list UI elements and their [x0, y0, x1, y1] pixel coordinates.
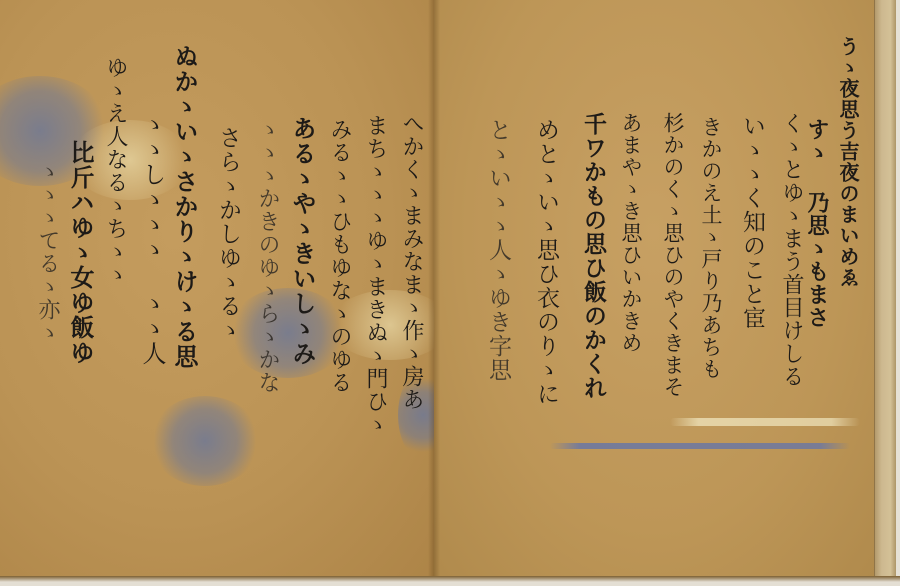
calligraphy-column: ゝゝしゝゝゝ ゝゝ人	[140, 112, 164, 366]
calligraphy-column: いゝゝく知のこと宦	[740, 114, 763, 330]
background-edge	[896, 0, 900, 586]
calligraphy-column: くゝとゆゝまう首目けしる	[780, 112, 802, 388]
left-page: へかくゝまみなまゝ作ゝ房あ まちゝゝゝゆゝまきぬゝ門ひゝ みるゝゝひもゆなゝのゆ…	[0, 0, 434, 582]
calligraphy-column: 杉かのくゝ思ひのやくきまそ	[662, 112, 683, 398]
calligraphy-column: すゝ 乃思ゝもまさ	[806, 118, 828, 329]
calligraphy-column: 千ワかもの思ひ飯のかくれ	[582, 112, 605, 400]
blue-speckle-band	[550, 443, 850, 449]
calligraphy-column: うゝ夜思う吉夜のまいめゑ	[838, 36, 858, 288]
calligraphy-column: ゝゝゝてるゝ亦ゝ	[36, 160, 58, 344]
calligraphy-column: ゆゝえ人なるゝちゝゝ	[104, 56, 126, 286]
gold-leaf-band	[670, 418, 860, 426]
open-book: うゝ夜思う吉夜のまいめゑ すゝ 乃思ゝもまさ くゝとゆゝまう首目けしる いゝゝく…	[0, 0, 900, 582]
calligraphy-column: ぬかゝいゝさかりゝけゝる思	[172, 44, 196, 369]
calligraphy-column: みるゝゝひもゆなゝのゆる	[328, 118, 350, 394]
book-gutter	[428, 0, 440, 582]
right-page: うゝ夜思う吉夜のまいめゑ すゝ 乃思ゝもまさ くゝとゆゝまう首目けしる いゝゝく…	[434, 0, 874, 582]
calligraphy-column: めとゝいゝ思ひ衣のりゝに	[534, 118, 557, 406]
calligraphy-column: とゝいゝゝ人ゝゆき字思	[486, 118, 509, 382]
calligraphy-column: へかくゝまみなまゝ作ゝ房あ	[400, 112, 422, 411]
calligraphy-column: さらゝかしゆゝるゝ	[216, 126, 239, 342]
bottom-shadow	[0, 576, 900, 586]
calligraphy-column: 比斤ハゆゝ女ゆ飯ゆ	[68, 140, 92, 365]
blue-speckle-cluster	[150, 396, 260, 486]
calligraphy-column: きかのえ土ゝ戸り乃あちも	[700, 116, 721, 380]
calligraphy-column: ゝゝゝかきのゆゝらゝかな	[256, 118, 278, 394]
calligraphy-column: あまやゝき思ひいかきめ	[620, 112, 641, 354]
calligraphy-column: まちゝゝゝゆゝまきぬゝ門ひゝ	[364, 114, 386, 436]
page-edge-strip	[874, 0, 897, 582]
calligraphy-column: あるゝやゝきいしゝみ	[290, 116, 314, 366]
